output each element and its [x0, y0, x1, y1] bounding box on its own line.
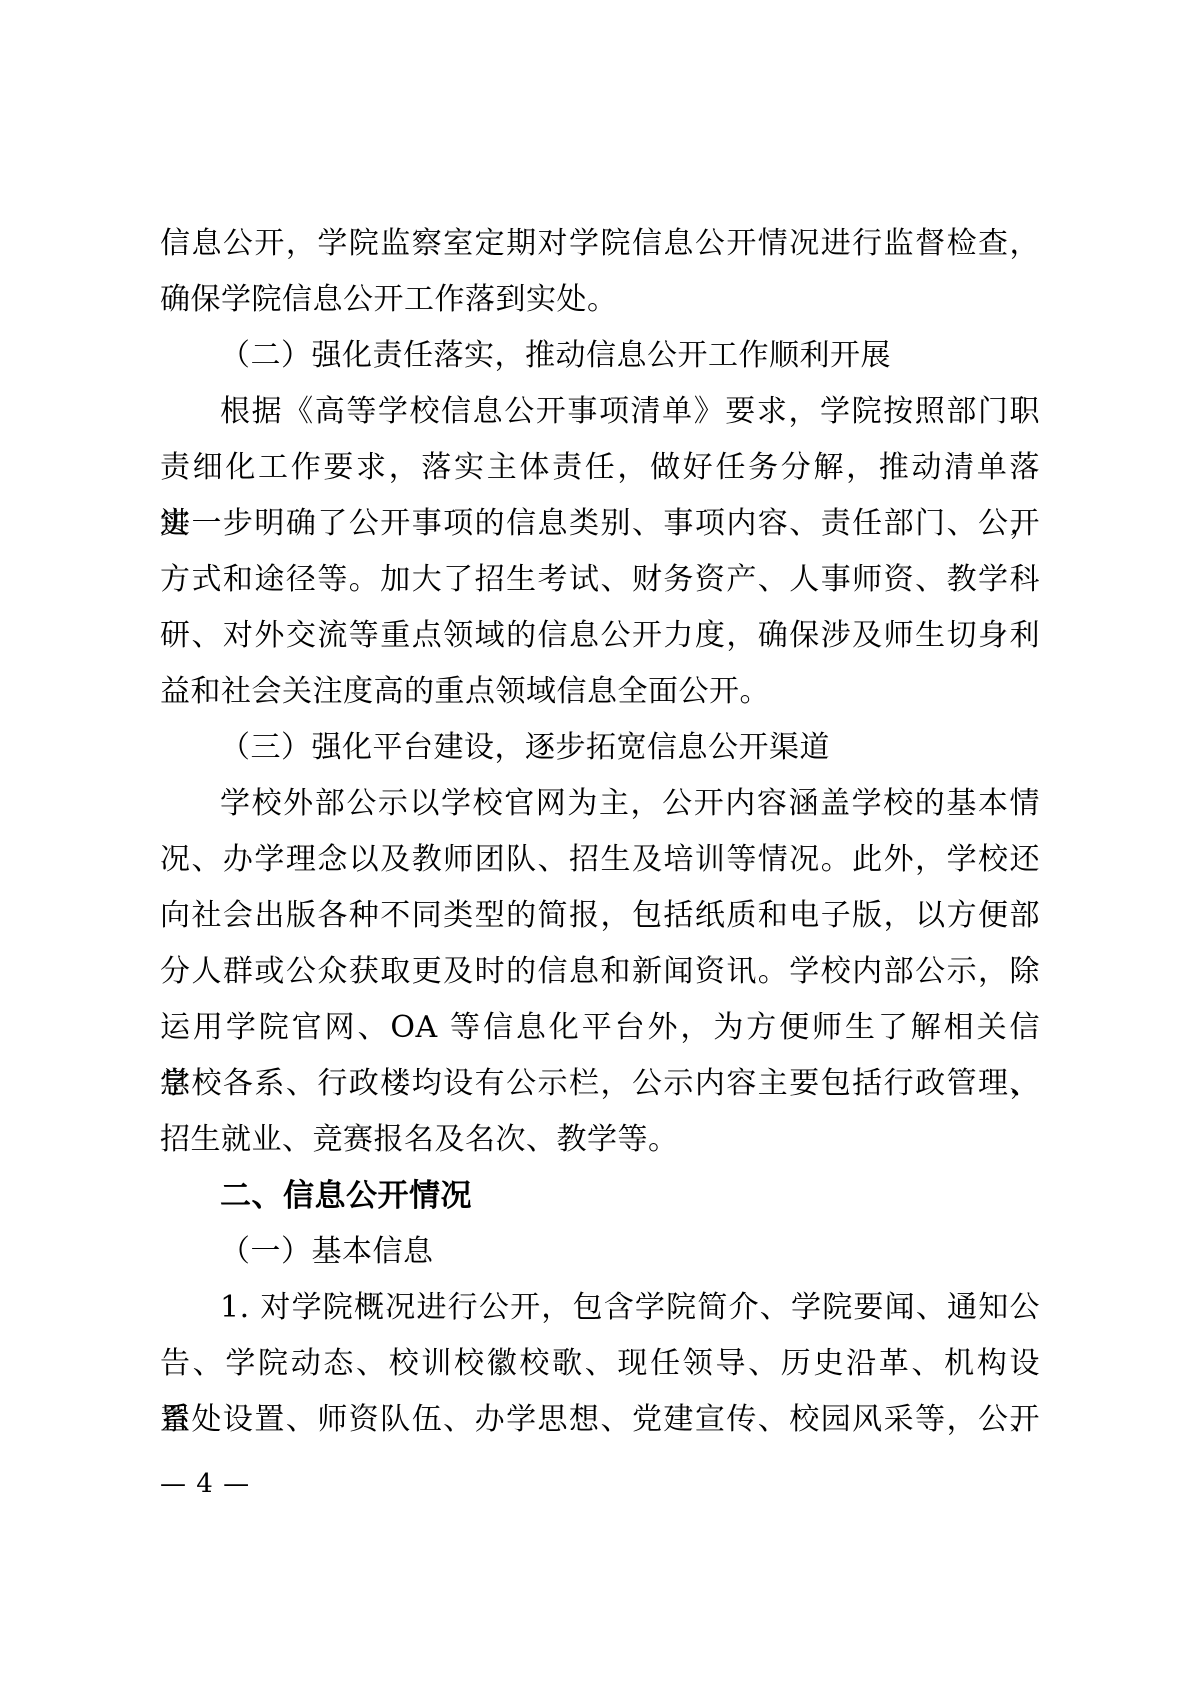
document-body: 信息公开，学院监察室定期对学院信息公开情况进行监督检查，确保学院信息公开工作落到… [160, 216, 1040, 1448]
text-line: 责细化工作要求，落实主体责任，做好任务分解，推动清单落实， [160, 440, 1040, 496]
text-line: 系处设置、师资队伍、办学思想、党建宣传、校园风采等，公开 [160, 1392, 1040, 1448]
text-line: 进一步明确了公开事项的信息类别、事项内容、责任部门、公开 [160, 496, 1040, 552]
text-line: 方式和途径等。加大了招生考试、财务资产、人事师资、教学科 [160, 552, 1040, 608]
sub-heading: （二）强化责任落实，推动信息公开工作顺利开展 [160, 328, 1040, 384]
text-line: 招生就业、竞赛报名及名次、教学等。 [160, 1112, 1040, 1168]
text-line: 况、办学理念以及教师团队、招生及培训等情况。此外，学校还 [160, 832, 1040, 888]
text-line: 确保学院信息公开工作落到实处。 [160, 272, 1040, 328]
text-line: 运用学院官网、OA 等信息化平台外，为方便师生了解相关信息， [160, 1000, 1040, 1056]
section-heading: 二、信息公开情况 [160, 1168, 1040, 1224]
sub-heading: （一）基本信息 [160, 1224, 1040, 1280]
text-line: 分人群或公众获取更及时的信息和新闻资讯。学校内部公示，除 [160, 944, 1040, 1000]
text-line: 研、对外交流等重点领域的信息公开力度，确保涉及师生切身利 [160, 608, 1040, 664]
text-line: 告、学院动态、校训校徽校歌、现任领导、历史沿革、机构设置、 [160, 1336, 1040, 1392]
text-line: 益和社会关注度高的重点领域信息全面公开。 [160, 664, 1040, 720]
text-line: 学校各系、行政楼均设有公示栏，公示内容主要包括行政管理、 [160, 1056, 1040, 1112]
text-line: 1. 对学院概况进行公开，包含学院简介、学院要闻、通知公 [160, 1280, 1040, 1336]
page-number: — 4 — [160, 1468, 250, 1500]
text-line: 学校外部公示以学校官网为主，公开内容涵盖学校的基本情 [160, 776, 1040, 832]
text-line: 信息公开，学院监察室定期对学院信息公开情况进行监督检查， [160, 216, 1040, 272]
document-page: 信息公开，学院监察室定期对学院信息公开情况进行监督检查，确保学院信息公开工作落到… [0, 0, 1191, 1684]
text-line: 向社会出版各种不同类型的简报，包括纸质和电子版，以方便部 [160, 888, 1040, 944]
sub-heading: （三）强化平台建设，逐步拓宽信息公开渠道 [160, 720, 1040, 776]
text-line: 根据《高等学校信息公开事项清单》要求，学院按照部门职 [160, 384, 1040, 440]
